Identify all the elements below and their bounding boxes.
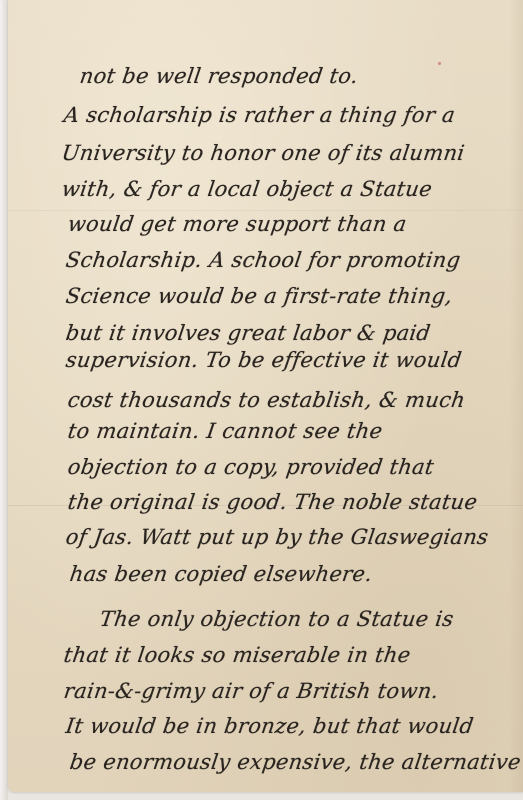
text-line: but it involves great labor & paid <box>64 321 432 345</box>
text-line: be enormously expensive, the alternative <box>68 750 522 774</box>
text-line: to maintain. I cannot see the <box>66 419 384 443</box>
text-line: cost thousands to establish, & much <box>66 388 467 412</box>
scan-left-margin <box>0 0 8 800</box>
text-line: supervision. To be effective it would <box>64 348 463 372</box>
text-line: A scholarship is rather a thing for a <box>62 103 456 127</box>
text-line: would get more support than a <box>66 212 408 236</box>
text-line: of Jas. Watt put up by the Glaswegians <box>64 525 490 549</box>
text-line: The only objection to a Statue is <box>98 607 455 631</box>
text-line: Scholarship. A school for promoting <box>64 248 462 272</box>
text-line: Science would be a first-rate thing, <box>64 284 454 308</box>
text-line: with, & for a local object a Statue <box>60 177 433 201</box>
text-line: objection to a copy, provided that <box>66 455 435 479</box>
letter-page: not be well responded to. A scholarship … <box>8 0 523 792</box>
text-line: not be well responded to. <box>78 64 359 88</box>
page-right-edge <box>509 0 523 792</box>
text-line: University to honor one of its alumni <box>60 141 466 165</box>
text-line: rain-&-grimy air of a British town. <box>62 679 440 703</box>
text-line: the original is good. The noble statue <box>66 490 479 514</box>
text-line: that it looks so miserable in the <box>62 643 412 667</box>
text-line: It would be in bronze, but that would <box>64 714 475 738</box>
text-line: has been copied elsewhere. <box>68 562 374 586</box>
ink-speck <box>438 62 441 65</box>
